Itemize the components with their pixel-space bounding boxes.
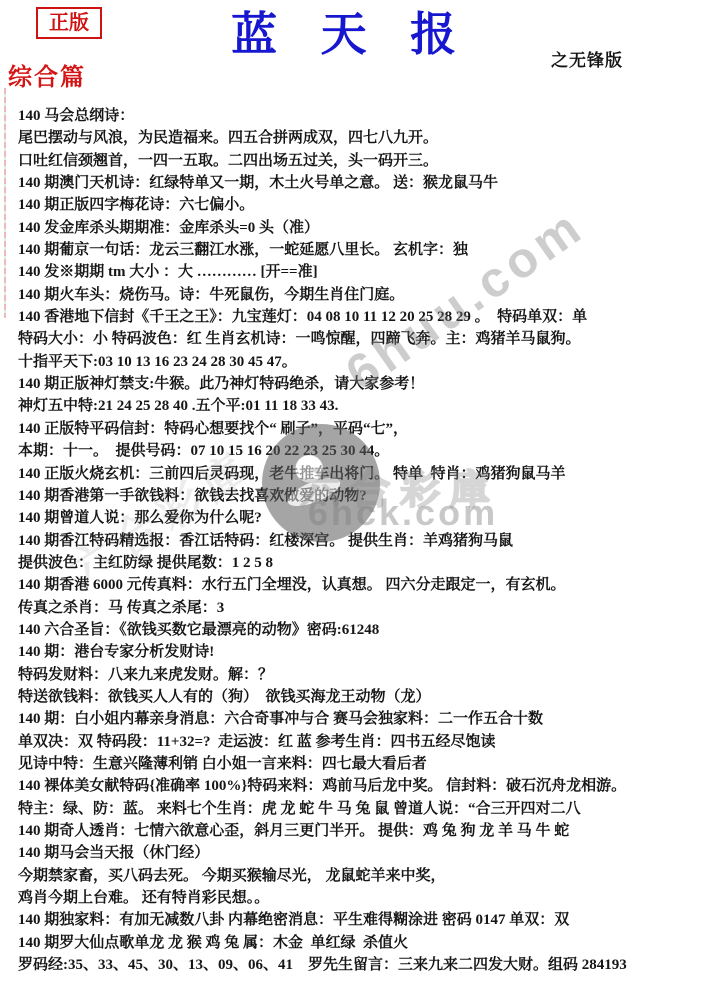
- text-line: 140 马会总纲诗：: [18, 104, 712, 126]
- text-line: 140 期曾道人说：那么爱你为什么呢?: [18, 506, 712, 528]
- page-title: 蓝 天 报: [231, 0, 472, 64]
- text-line: 140 期罗大仙点歌单龙 龙 猴 鸡 兔 属：木金 单红绿 杀值火: [18, 931, 712, 953]
- text-line: 见诗中特：生意兴隆薄利销 白小姐一言来料：四七最大看后者: [18, 752, 712, 774]
- text-line: 140 期香江特码精选报：香江话特码：红楼深宫。 提供生肖：羊鸡猪狗马鼠: [18, 529, 712, 551]
- text-line: 140 期香港 6000 元传真料：水行五门全埋没，认真想。 四六分走跟定一，有…: [18, 573, 712, 595]
- newspaper-page: 正版 蓝 天 报 之无锋版 综合篇 140 马会总纲诗：尾巴摆动与风浪，为民造福…: [0, 0, 713, 997]
- text-line: 140 六合圣旨：《欲钱买数它最漂亮的动物》密码:61248: [18, 618, 712, 640]
- text-line: 十指平天下:03 10 13 16 23 24 28 30 45 47。: [18, 350, 712, 372]
- text-line: 今期禁家畜，买八码去死。 今期买猴输尽光， 龙鼠蛇羊来中奖，: [18, 864, 712, 886]
- text-line: 140 期独家料：有加无减数八卦 内幕绝密消息：平生难得糊涂进 密码 0147 …: [18, 908, 712, 930]
- text-line: 140 期澳门天机诗：红绿特单又一期，木土火号单之意。 送：猴龙鼠马牛: [18, 171, 712, 193]
- body-lines: 140 马会总纲诗：尾巴摆动与风浪，为民造福来。四五合拼两成双，四七八九开。口吐…: [18, 104, 712, 975]
- text-line: 特送欲钱料：欲钱买人人有的（狗） 欲钱买海龙王动物（龙）: [18, 685, 712, 707]
- text-line: 传真之杀肖：马 传真之杀尾：3: [18, 596, 712, 618]
- text-line: 特码发财料：八来九来虎发财。解：？: [18, 663, 712, 685]
- text-line: 口吐红信颈翘首，一四一五取。二四出场五过关，头一码开三。: [18, 149, 712, 171]
- text-line: 140 期马会当天报（休门经）: [18, 841, 712, 863]
- text-line: 神灯五中特:21 24 25 28 40 .五个平:01 11 18 33 43…: [18, 394, 712, 416]
- text-line: 140 期：白小姐内幕亲身消息：六合奇事冲与合 赛马会独家料：二一作五合十数: [18, 707, 712, 729]
- authentic-badge: 正版: [36, 7, 102, 39]
- text-line: 提供波色：主红防绿 提供尾数：1 2 5 8: [18, 551, 712, 573]
- text-line: 140 期香港第一手欲钱料：欲钱去找喜欢做爱的动物?: [18, 484, 712, 506]
- text-line: 140 期葡京一句话：龙云三翻江水涨，一蛇延愿八里长。 玄机字：独: [18, 238, 712, 260]
- text-line: 140 发※期期 tm 大小 ：大 ………… [开==准]: [18, 260, 712, 282]
- left-border-line: [4, 88, 6, 318]
- text-line: 140 香港地下信封《千王之王》：九宝莲灯：04 08 10 11 12 20 …: [18, 305, 712, 327]
- edition-label: 之无锋版: [551, 46, 623, 71]
- text-line: 140 期奇人透肖：七情六欲意心歪，斜月三更门半开。 提供：鸡 兔 狗 龙 羊 …: [18, 819, 712, 841]
- text-line: 140 发金库杀头期期准：金库杀头=0 头（准）: [18, 216, 712, 238]
- text-line: 140 期：港台专家分析发财诗!: [18, 640, 712, 662]
- section-heading: 综合篇: [8, 57, 86, 92]
- text-line: 本期：十一。 提供号码：07 10 15 16 20 22 23 25 30 4…: [18, 439, 712, 461]
- text-line: 罗码经:35、33、45、30、13、09、06、41 罗先生留言：三来九来二四…: [18, 953, 712, 975]
- text-line: 单双决：双 特码段：11+32=? 走运波：红 蓝 参考生肖：四书五经尽饱读: [18, 730, 712, 752]
- text-line: 140 期火车头：烧伤马。诗：牛死鼠伤，今期生肖住门庭。: [18, 283, 712, 305]
- text-line: 140 裸体美女献特码{准确率 100%}特码来料：鸡前马后龙中奖。 信封料：破…: [18, 774, 712, 796]
- text-line: 尾巴摆动与风浪，为民造福来。四五合拼两成双，四七八九开。: [18, 126, 712, 148]
- text-line: 140 期正版四字梅花诗：六七偏小。: [18, 193, 712, 215]
- text-line: 特码大小：小 特码波色：红 生肖玄机诗：一鸣惊醒，四蹄飞奔。主：鸡猪羊马鼠狗。: [18, 327, 712, 349]
- text-line: 特主：绿、防：蓝。 来料七个生肖：虎 龙 蛇 牛 马 兔 鼠 曾道人说：“合三开…: [18, 797, 712, 819]
- text-line: 140 正版特平码信封：特码心想要找个“ 刷子”，平码“七”，: [18, 417, 712, 439]
- text-line: 140 期正版神灯禁支:牛猴。此乃神灯特码绝杀，请大家参考！: [18, 372, 712, 394]
- text-line: 鸡肖今期上台难。 还有特肖彩民想。。: [18, 886, 712, 908]
- text-line: 140 正版火烧玄机：三前四后灵码现，老牛推车出将门。 特单 特肖：鸡猪狗鼠马羊: [18, 462, 712, 484]
